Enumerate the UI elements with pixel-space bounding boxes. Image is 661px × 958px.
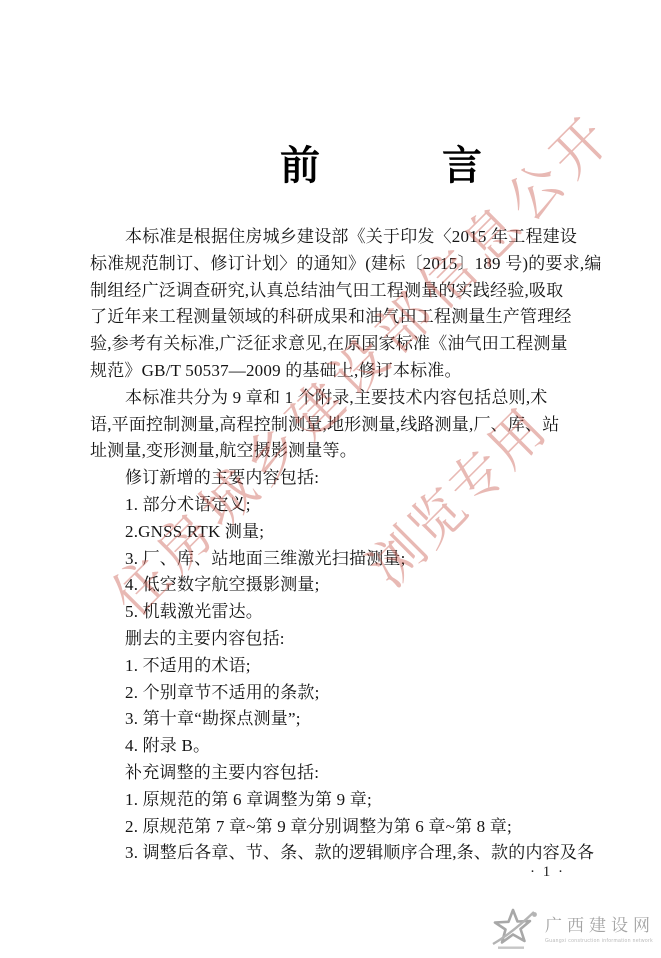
body-line: 1. 原规范的第 6 章调整为第 9 章; bbox=[90, 787, 568, 814]
body-line: 语,平面控制测量,高程控制测量,地形测量,线路测量,厂、库、站 bbox=[90, 412, 568, 439]
body-line: 1. 不适用的术语; bbox=[90, 653, 568, 680]
site-logo-subtitle: Guangxi construction information network bbox=[545, 938, 655, 944]
body-line: 修订新增的主要内容包括: bbox=[90, 465, 568, 492]
body-line: 2. 个别章节不适用的条款; bbox=[90, 680, 568, 707]
body-text: 本标准是根据住房城乡建设部《关于印发〈2015 年工程建设 标准规范制订、修订计… bbox=[90, 224, 568, 867]
body-line: 补充调整的主要内容包括: bbox=[90, 760, 568, 787]
body-line: 规范》GB/T 50537—2009 的基础上,修订本标准。 bbox=[90, 358, 568, 385]
body-line: 本标准是根据住房城乡建设部《关于印发〈2015 年工程建设 bbox=[90, 224, 568, 251]
body-line: 标准规范制订、修订计划〉的通知》(建标〔2015〕189 号)的要求,编 bbox=[90, 251, 568, 278]
body-line: 验,参考有关标准,广泛征求意见,在原国家标准《油气田工程测量 bbox=[90, 331, 568, 358]
page-title-char-2: 言 bbox=[442, 146, 482, 186]
page-number: · 1 · bbox=[460, 864, 565, 881]
body-line: 4. 附录 B。 bbox=[90, 733, 568, 760]
page-title: 前 言 bbox=[280, 146, 482, 186]
body-line: 2.GNSS RTK 测量; bbox=[90, 519, 568, 546]
body-line: 删去的主要内容包括: bbox=[90, 626, 568, 653]
body-line: 制组经广泛调查研究,认真总结油气田工程测量的实践经验,吸取 bbox=[90, 278, 568, 305]
body-line: 了近年来工程测量领域的科研成果和油气田工程测量生产管理经 bbox=[90, 304, 568, 331]
body-line: 3. 厂、库、站地面三维激光扫描测量; bbox=[90, 546, 568, 573]
body-line: 1. 部分术语定义; bbox=[90, 492, 568, 519]
document-page: 住房城乡建设部信息公开 浏览专用 前 言 本标准是根据住房城乡建设部《关于印发〈… bbox=[0, 0, 661, 958]
body-line: 2. 原规范第 7 章~第 9 章分别调整为第 6 章~第 8 章; bbox=[90, 814, 568, 841]
site-logo-text: 广西建设网 Guangxi construction information n… bbox=[545, 911, 655, 944]
site-logo-name: 广西建设网 bbox=[545, 911, 655, 936]
star-logo-icon bbox=[490, 902, 538, 952]
site-logo: 广西建设网 Guangxi construction information n… bbox=[490, 902, 655, 952]
body-line: 3. 第十章“勘探点测量”; bbox=[90, 706, 568, 733]
page-title-char-1: 前 bbox=[280, 146, 320, 186]
body-line: 址测量,变形测量,航空摄影测量等。 bbox=[90, 438, 568, 465]
body-line: 4. 低空数字航空摄影测量; bbox=[90, 572, 568, 599]
body-line: 5. 机载激光雷达。 bbox=[90, 599, 568, 626]
body-line: 本标准共分为 9 章和 1 个附录,主要技术内容包括总则,术 bbox=[90, 385, 568, 412]
